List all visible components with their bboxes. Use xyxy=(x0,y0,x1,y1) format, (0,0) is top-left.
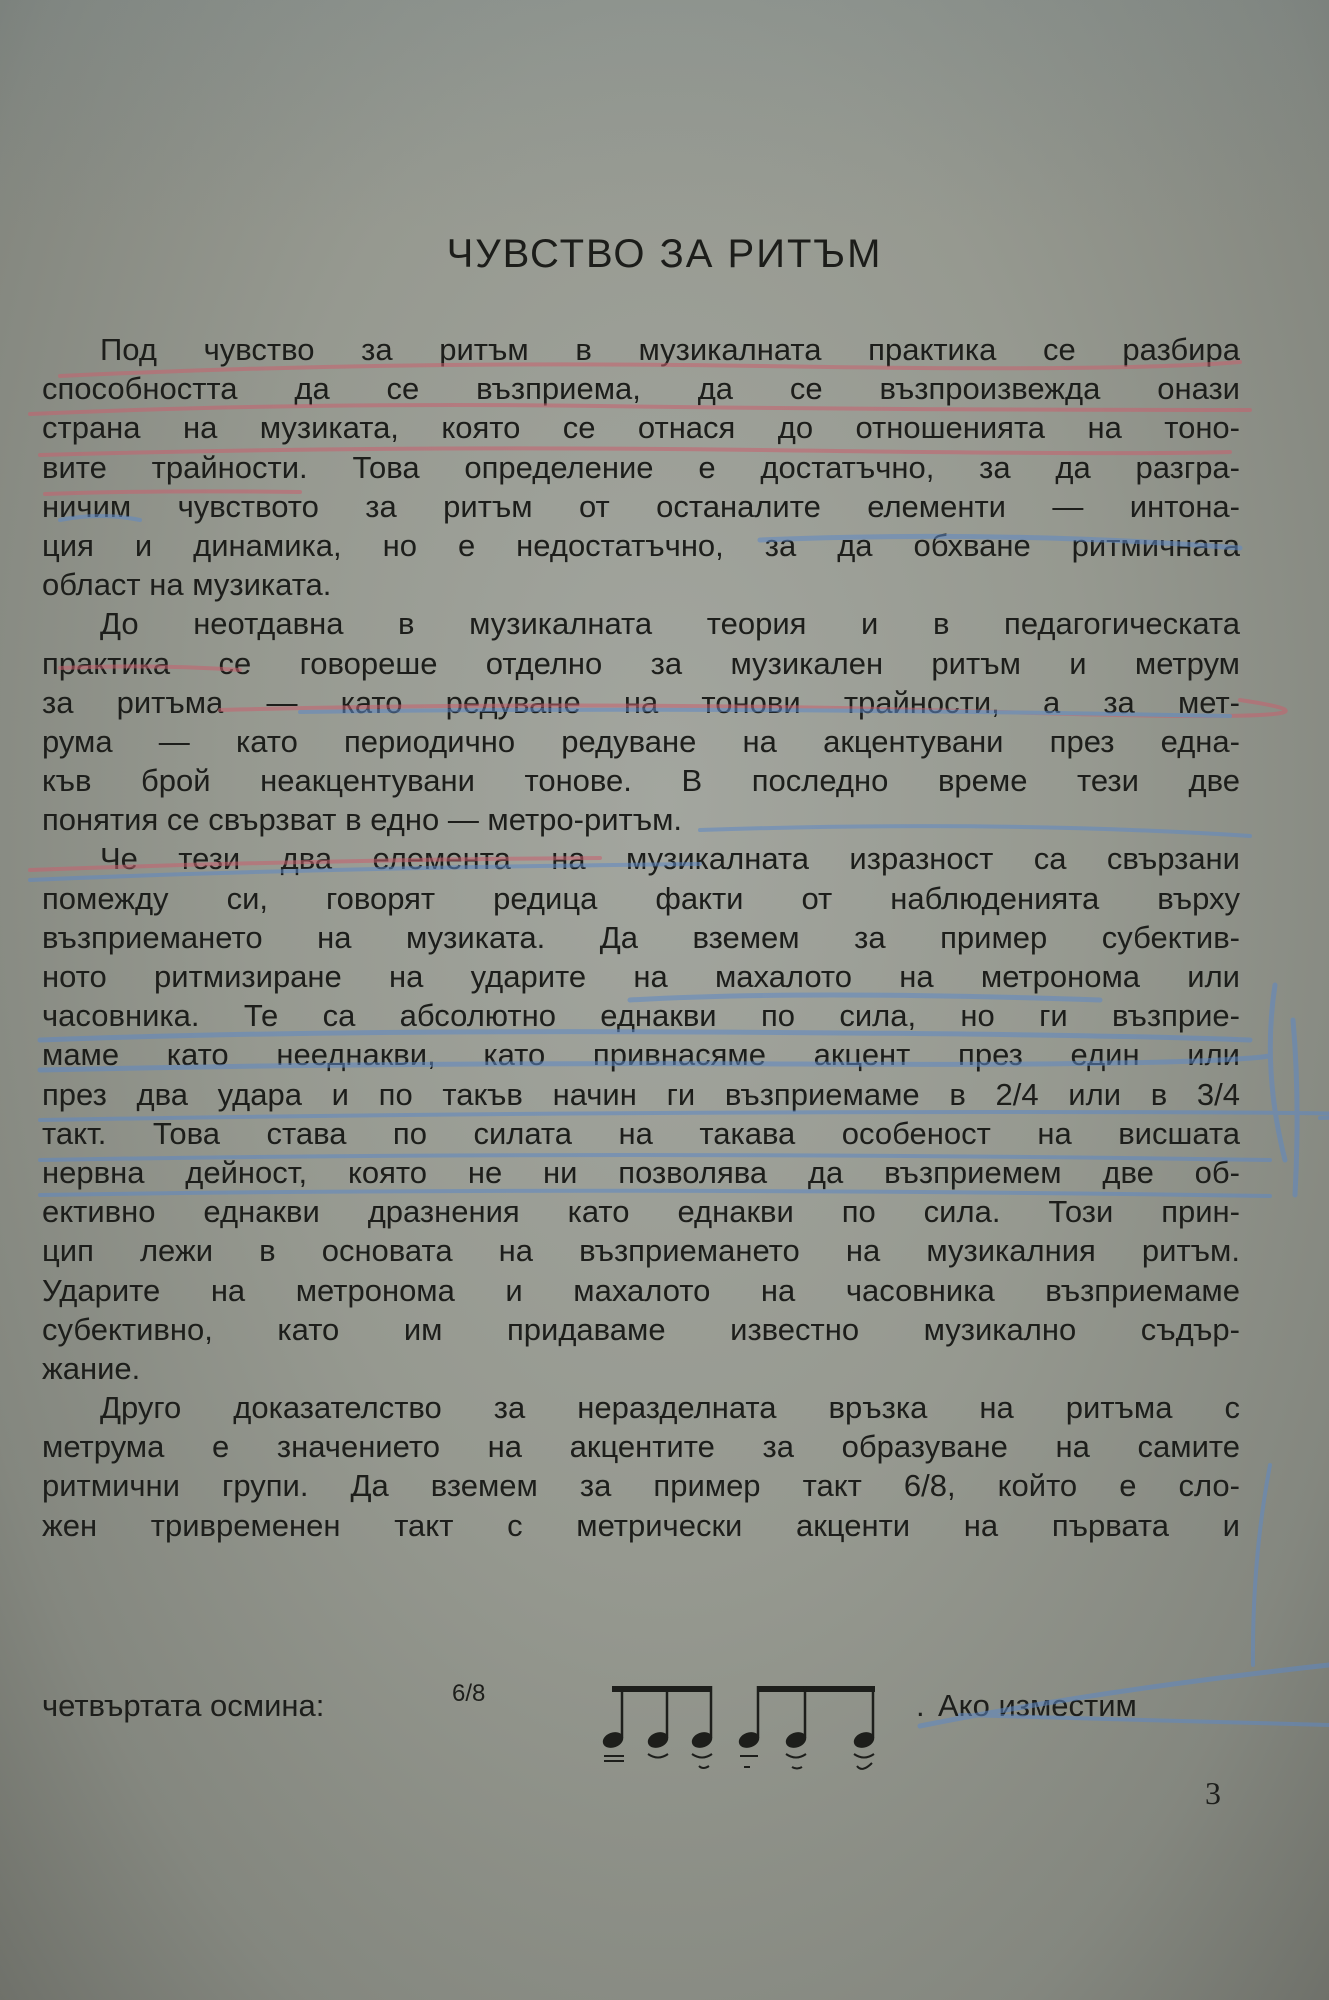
eighth-notes-icon xyxy=(572,1666,912,1776)
text-line: помежду си, говорят редица факти от набл… xyxy=(42,879,1240,918)
text-line: такт. Това става по силата на такава осо… xyxy=(42,1114,1240,1153)
text-line-content: през два удара и по такъв начин ги възпр… xyxy=(42,1075,1240,1114)
text-line-content: ция и динамика, но е недостатъчно, за да… xyxy=(42,526,1240,565)
text-line-content: помежду си, говорят редица факти от набл… xyxy=(42,879,1240,918)
text-line-content: Друго доказателство за неразделната връз… xyxy=(42,1388,1240,1427)
text-line-content: за ритъма — като редуване на тонови трай… xyxy=(42,683,1240,722)
text-line: способността да се възприема, да се възп… xyxy=(42,369,1240,408)
text-line-content: цип лежи в основата на възприемането на … xyxy=(42,1231,1240,1270)
music-example-line: четвъртата осмина: 6/8 xyxy=(42,1680,1242,1760)
time-signature: 6/8 xyxy=(452,1680,485,1708)
chapter-title: ЧУВСТВО ЗА РИТЪМ xyxy=(0,232,1329,277)
text-line: До неотдавна в музикалната теория и в пе… xyxy=(42,604,1240,643)
text-line: вите трайности. Това определение е доста… xyxy=(42,448,1240,487)
text-line: ничим чувството за ритъм от останалите е… xyxy=(42,487,1240,526)
text-line: маме като нееднакви, като привнасяме акц… xyxy=(42,1035,1240,1074)
text-line: област на музиката. xyxy=(42,565,1240,604)
text-line: Друго доказателство за неразделната връз… xyxy=(42,1388,1240,1427)
text-line: ция и динамика, но е недостатъчно, за да… xyxy=(42,526,1240,565)
page-number: 3 xyxy=(1205,1775,1221,1812)
body-text: Под чувство за ритъм в музикалната практ… xyxy=(42,330,1240,1545)
text-line: страна на музиката, която се отнася до о… xyxy=(42,408,1240,447)
text-line-content: ничим чувството за ритъм от останалите е… xyxy=(42,487,1240,526)
text-line-content: ективно еднакви дразнения като еднакви п… xyxy=(42,1192,1240,1231)
text-line: Че тези два елемента на музикалната изра… xyxy=(42,839,1240,878)
text-line: нервна дейност, която не ни позволява да… xyxy=(42,1153,1240,1192)
text-line-content: Под чувство за ритъм в музикалната практ… xyxy=(42,330,1240,369)
text-line: Ударите на метронома и махалото на часов… xyxy=(42,1271,1240,1310)
music-line-period: . xyxy=(916,1688,925,1724)
text-line-content: понятия се свързват в едно — метро-ритъм… xyxy=(42,800,1240,839)
text-line-content: маме като нееднакви, като привнасяме акц… xyxy=(42,1035,1240,1074)
text-line-content: възприемането на музиката. Да вземем за … xyxy=(42,918,1240,957)
text-line-content: практика се говореше отделно за музикале… xyxy=(42,644,1240,683)
text-line: жание. xyxy=(42,1349,1240,1388)
text-line: жен тривременен такт с метрически акцент… xyxy=(42,1506,1240,1545)
text-line: субективно, като им придаваме известно м… xyxy=(42,1310,1240,1349)
text-line-content: ритмични групи. Да вземем за пример такт… xyxy=(42,1466,1240,1505)
text-line-content: страна на музиката, която се отнася до о… xyxy=(42,408,1240,447)
text-line: рума — като периодично редуване на акцен… xyxy=(42,722,1240,761)
book-page: ЧУВСТВО ЗА РИТЪМ Под чувство за ритъм в … xyxy=(0,0,1329,2000)
text-line-content: вите трайности. Това определение е доста… xyxy=(42,448,1240,487)
music-line-lead-text: четвъртата осмина: xyxy=(42,1688,324,1724)
text-line: през два удара и по такъв начин ги възпр… xyxy=(42,1075,1240,1114)
text-line-content: рума — като периодично редуване на акцен… xyxy=(42,722,1240,761)
text-line-content: къв брой неакцентувани тонове. В последн… xyxy=(42,761,1240,800)
text-line-content: област на музиката. xyxy=(42,565,1240,604)
text-line-content: такт. Това става по силата на такава осо… xyxy=(42,1114,1240,1153)
text-line: метрума е значението на акцентите за обр… xyxy=(42,1427,1240,1466)
music-line-trail-text: Ако изместим xyxy=(938,1688,1137,1724)
text-line-content: До неотдавна в музикалната теория и в пе… xyxy=(42,604,1240,643)
text-line: ритмични групи. Да вземем за пример такт… xyxy=(42,1466,1240,1505)
text-line: за ритъма — като редуване на тонови трай… xyxy=(42,683,1240,722)
text-line: цип лежи в основата на възприемането на … xyxy=(42,1231,1240,1270)
text-line: къв брой неакцентувани тонове. В последн… xyxy=(42,761,1240,800)
text-line: ното ритмизиране на ударите на махалото … xyxy=(42,957,1240,996)
text-line-content: Ударите на метронома и махалото на часов… xyxy=(42,1271,1240,1310)
text-line: понятия се свързват в едно — метро-ритъм… xyxy=(42,800,1240,839)
text-line: възприемането на музиката. Да вземем за … xyxy=(42,918,1240,957)
text-line-content: ното ритмизиране на ударите на махалото … xyxy=(42,957,1240,996)
text-line: ективно еднакви дразнения като еднакви п… xyxy=(42,1192,1240,1231)
text-line-content: способността да се възприема, да се възп… xyxy=(42,369,1240,408)
show-through-bleed xyxy=(0,0,1329,230)
text-line-content: часовника. Те са абсолютно еднакви по си… xyxy=(42,996,1240,1035)
text-line-content: жен тривременен такт с метрически акцент… xyxy=(42,1506,1240,1545)
text-line-content: субективно, като им придаваме известно м… xyxy=(42,1310,1240,1349)
text-line-content: нервна дейност, която не ни позволява да… xyxy=(42,1153,1240,1192)
text-line: часовника. Те са абсолютно еднакви по си… xyxy=(42,996,1240,1035)
text-line-content: метрума е значението на акцентите за обр… xyxy=(42,1427,1240,1466)
text-line: практика се говореше отделно за музикале… xyxy=(42,644,1240,683)
text-line-content: Че тези два елемента на музикалната изра… xyxy=(42,839,1240,878)
text-line: Под чувство за ритъм в музикалната практ… xyxy=(42,330,1240,369)
text-line-content: жание. xyxy=(42,1349,1240,1388)
